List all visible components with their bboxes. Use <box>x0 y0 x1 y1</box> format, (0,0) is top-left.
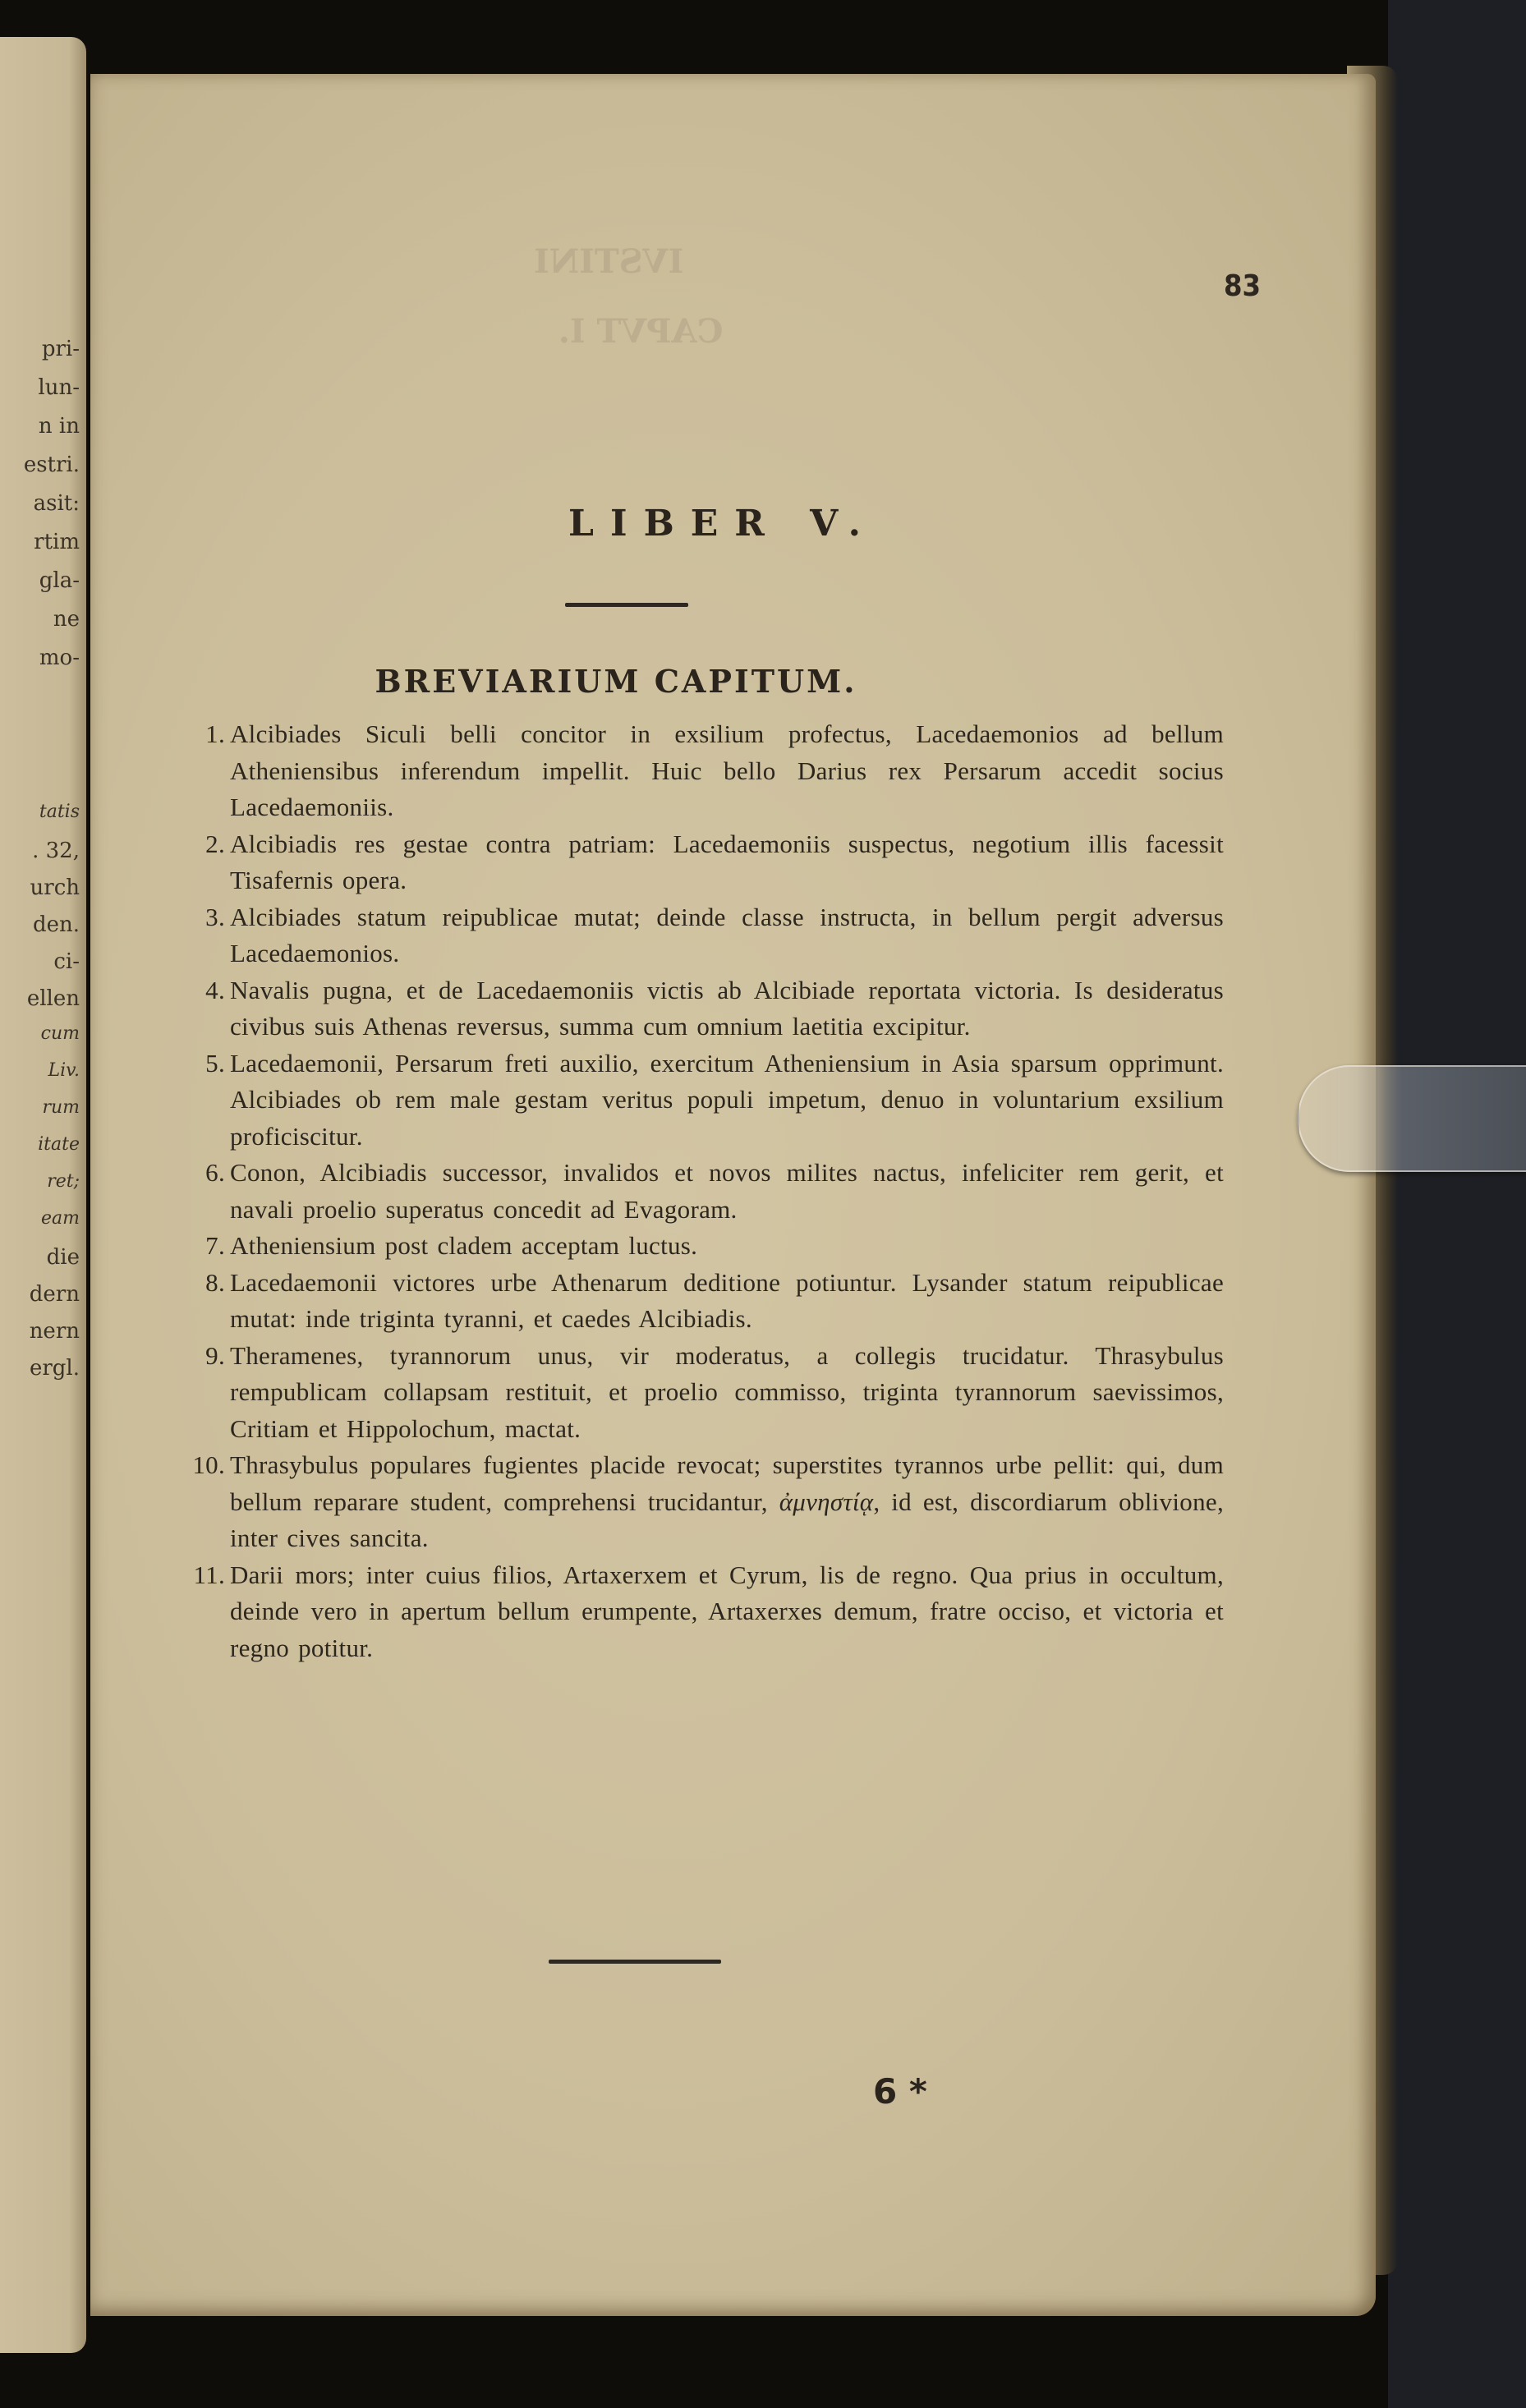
left-page-fragment: rum <box>42 1099 80 1117</box>
chapter-number: 4. <box>182 972 225 1009</box>
chapter-text: Alcibiades Siculi belli concitor in exsi… <box>230 719 1224 821</box>
chapter-number: 11. <box>169 1557 225 1594</box>
chapter-text: Darii mors; inter cuius filios, Artaxerx… <box>230 1560 1224 1662</box>
chapter-item: 7. Atheniensium post cladem acceptam luc… <box>205 1228 1224 1265</box>
greek-word: ἀμνηστίᾳ <box>779 1487 874 1516</box>
title-rule <box>565 603 688 607</box>
left-page-fragment: gla- <box>39 570 80 591</box>
chapter-item: 9. Theramenes, tyrannorum unus, vir mode… <box>205 1338 1224 1448</box>
page-clip-tab <box>1298 1065 1526 1172</box>
left-page-fragment: die <box>47 1247 80 1268</box>
chapter-text: Theramenes, tyrannorum unus, vir moderat… <box>230 1341 1224 1443</box>
left-page-fragment: lun- <box>38 377 80 398</box>
chapter-item: 5. Lacedaemonii, Persarum freti auxilio,… <box>205 1045 1224 1156</box>
chapter-item: 10. Thrasybulus populares fugientes plac… <box>205 1447 1224 1557</box>
printer-signature-mark: 6 * <box>873 2071 927 2112</box>
left-page-fragment: cum <box>41 1025 80 1043</box>
background-right <box>1388 0 1526 2408</box>
left-page-fragment: dern <box>30 1284 80 1305</box>
left-page-fragment: mo- <box>39 647 80 669</box>
left-page-fragment: itate <box>38 1136 80 1154</box>
left-page-fragment: ergl. <box>30 1358 80 1379</box>
book-title: LIBER V. <box>90 503 1355 545</box>
left-page-fragment: tatis <box>39 803 80 821</box>
chapter-item: 11. Darii mors; inter cuius filios, Arta… <box>205 1557 1224 1667</box>
page-number: 83 <box>1224 269 1261 303</box>
chapter-text: Alcibiades statum reipublicae mutat; dei… <box>230 903 1224 968</box>
chapter-number: 7. <box>182 1228 225 1265</box>
chapter-number: 10. <box>169 1447 225 1484</box>
closing-rule <box>549 1960 721 1964</box>
left-page-fragment: ci- <box>53 951 80 972</box>
left-page-fragment: urch <box>30 877 80 898</box>
chapter-number: 8. <box>182 1265 225 1302</box>
chapter-item: 4. Navalis pugna, et de Lacedaemoniis vi… <box>205 972 1224 1045</box>
left-page-fragment: ellen <box>27 988 80 1009</box>
chapter-summary-list: 1. Alcibiades Siculi belli concitor in e… <box>205 716 1224 1666</box>
chapter-text: Navalis pugna, et de Lacedaemoniis victi… <box>230 976 1224 1041</box>
chapter-number: 9. <box>182 1338 225 1375</box>
left-page-fragment: asit: <box>34 493 80 514</box>
chapter-text: Lacedaemonii victores urbe Athenarum ded… <box>230 1268 1224 1334</box>
left-page-fragment: . 32, <box>32 840 80 862</box>
chapter-text: Alcibiadis res gestae contra patriam: La… <box>230 829 1224 895</box>
book-page: IVSTINI CAPVT I. 83 LIBER V. BREVIARIUM … <box>90 74 1376 2316</box>
left-page-fragment: pri- <box>42 338 80 360</box>
chapter-text: Lacedaemonii, Persarum freti auxilio, ex… <box>230 1049 1224 1151</box>
left-page-fragment: ne <box>53 609 80 630</box>
chapter-text: Atheniensium post cladem acceptam luctus… <box>230 1231 697 1260</box>
left-page-fragment: den. <box>33 914 80 935</box>
chapter-number: 5. <box>182 1045 225 1082</box>
chapter-item: 1. Alcibiades Siculi belli concitor in e… <box>205 716 1224 826</box>
left-page-edge: pri- lun- n in estri. asit: rtim gla- ne… <box>0 37 86 2353</box>
left-page-fragment: estri. <box>24 454 80 476</box>
left-page-fragment: rtim <box>34 531 80 553</box>
chapter-text: Conon, Alcibiadis successor, invalidos e… <box>230 1158 1224 1224</box>
chapter-item: 3. Alcibiades statum reipublicae mutat; … <box>205 899 1224 972</box>
left-page-fragment: eam <box>41 1210 80 1228</box>
left-page-fragment: ret; <box>47 1173 80 1191</box>
chapter-item: 8. Lacedaemonii victores urbe Athenarum … <box>205 1265 1224 1338</box>
chapter-number: 2. <box>182 826 225 863</box>
left-page-fragment: n in <box>39 416 80 437</box>
chapter-number: 1. <box>182 716 225 753</box>
section-heading: BREVIARIUM CAPITUM. <box>90 663 1142 700</box>
chapter-item: 2. Alcibiadis res gestae contra patriam:… <box>205 826 1224 899</box>
chapter-number: 3. <box>182 899 225 936</box>
bleed-through-heading: IVSTINI <box>534 242 683 281</box>
left-page-fragment: nern <box>30 1321 80 1342</box>
chapter-item: 6. Conon, Alcibiadis successor, invalido… <box>205 1155 1224 1228</box>
left-page-fragment: Liv. <box>48 1062 80 1080</box>
bleed-through-heading: CAPVT I. <box>558 312 723 351</box>
chapter-number: 6. <box>182 1155 225 1192</box>
